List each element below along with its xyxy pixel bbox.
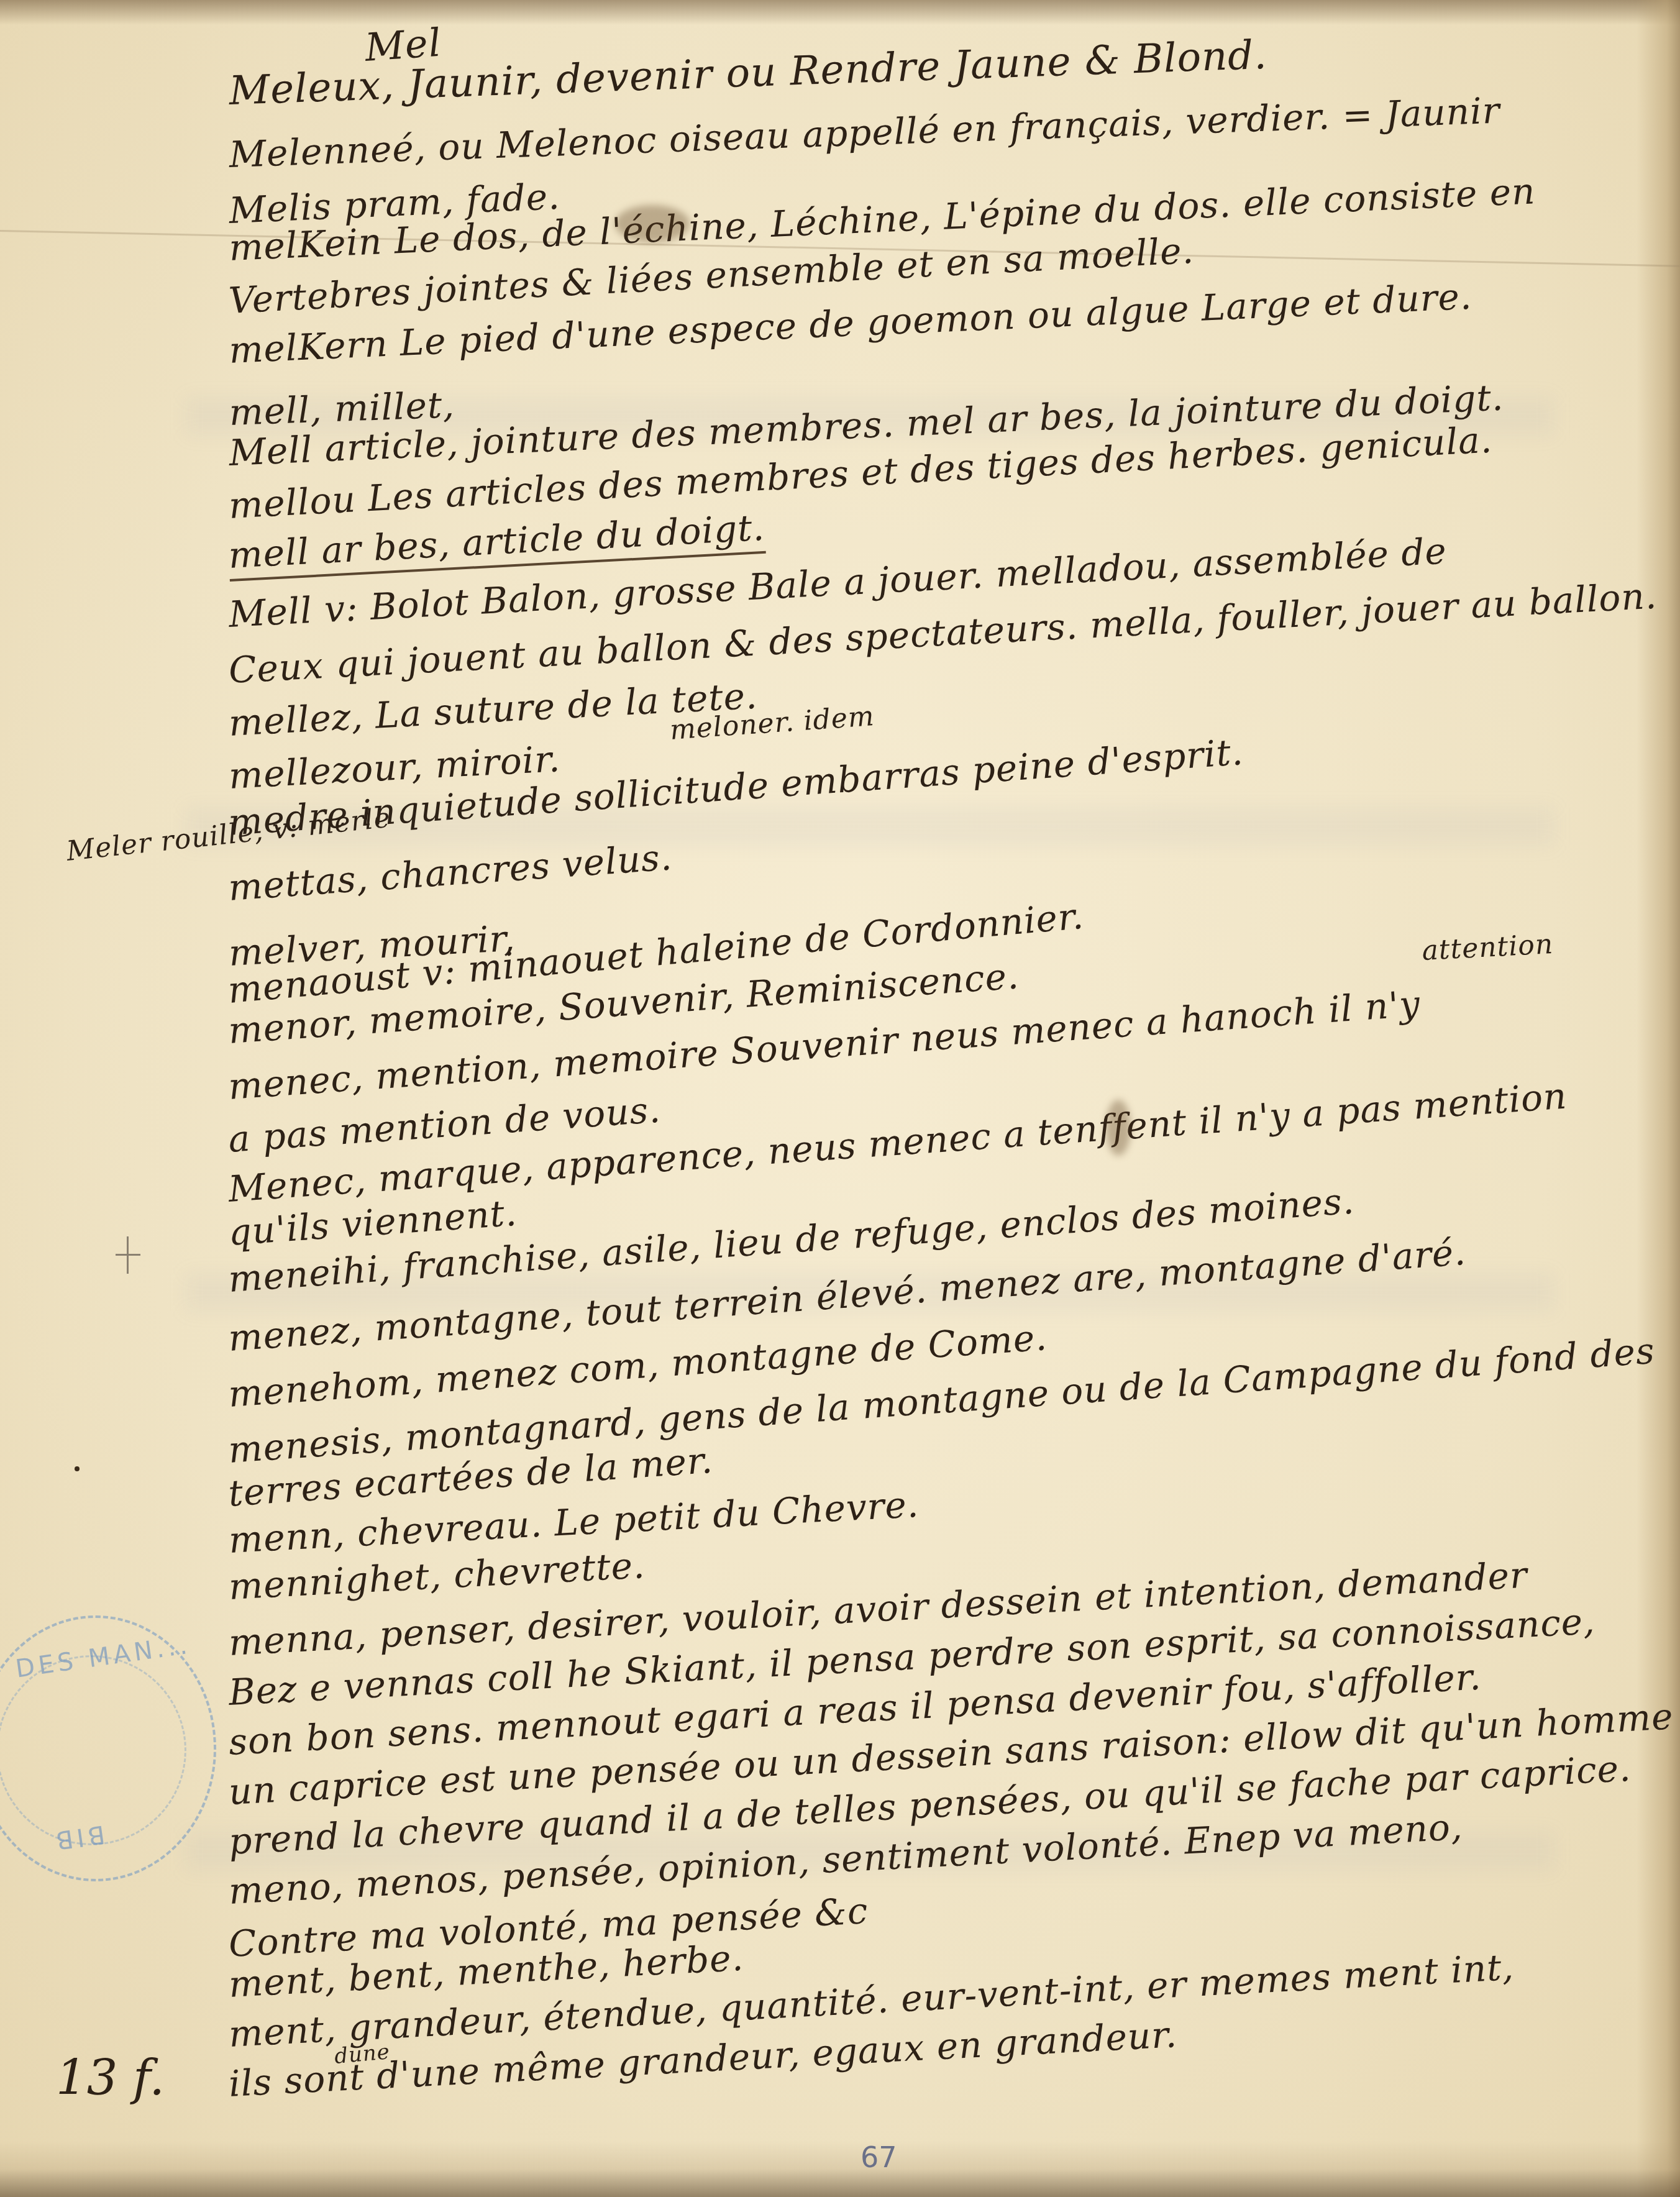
insertion-attention: attention (1421, 928, 1554, 967)
margin-note-folio: 13 f. (56, 2050, 165, 2106)
manuscript-page: Mel Meleux, Jaunir, devenir ou Rendre Ja… (0, 0, 1680, 2197)
page-number: 67 (861, 2140, 897, 2174)
library-stamp-inner-ring (0, 1655, 186, 1845)
page-edge-right (1637, 0, 1680, 2197)
entry-line: mettas, chancres velus. (227, 836, 673, 909)
library-stamp: DES MAN... BIB (0, 1615, 216, 1881)
page-edge-bottom (0, 2141, 1680, 2197)
ink-smudge (615, 205, 690, 242)
ink-dot (75, 1466, 80, 1471)
page-edge-top (0, 0, 1680, 25)
pencil-cross-mark (116, 1236, 140, 1274)
ink-smudge (1106, 1100, 1131, 1156)
